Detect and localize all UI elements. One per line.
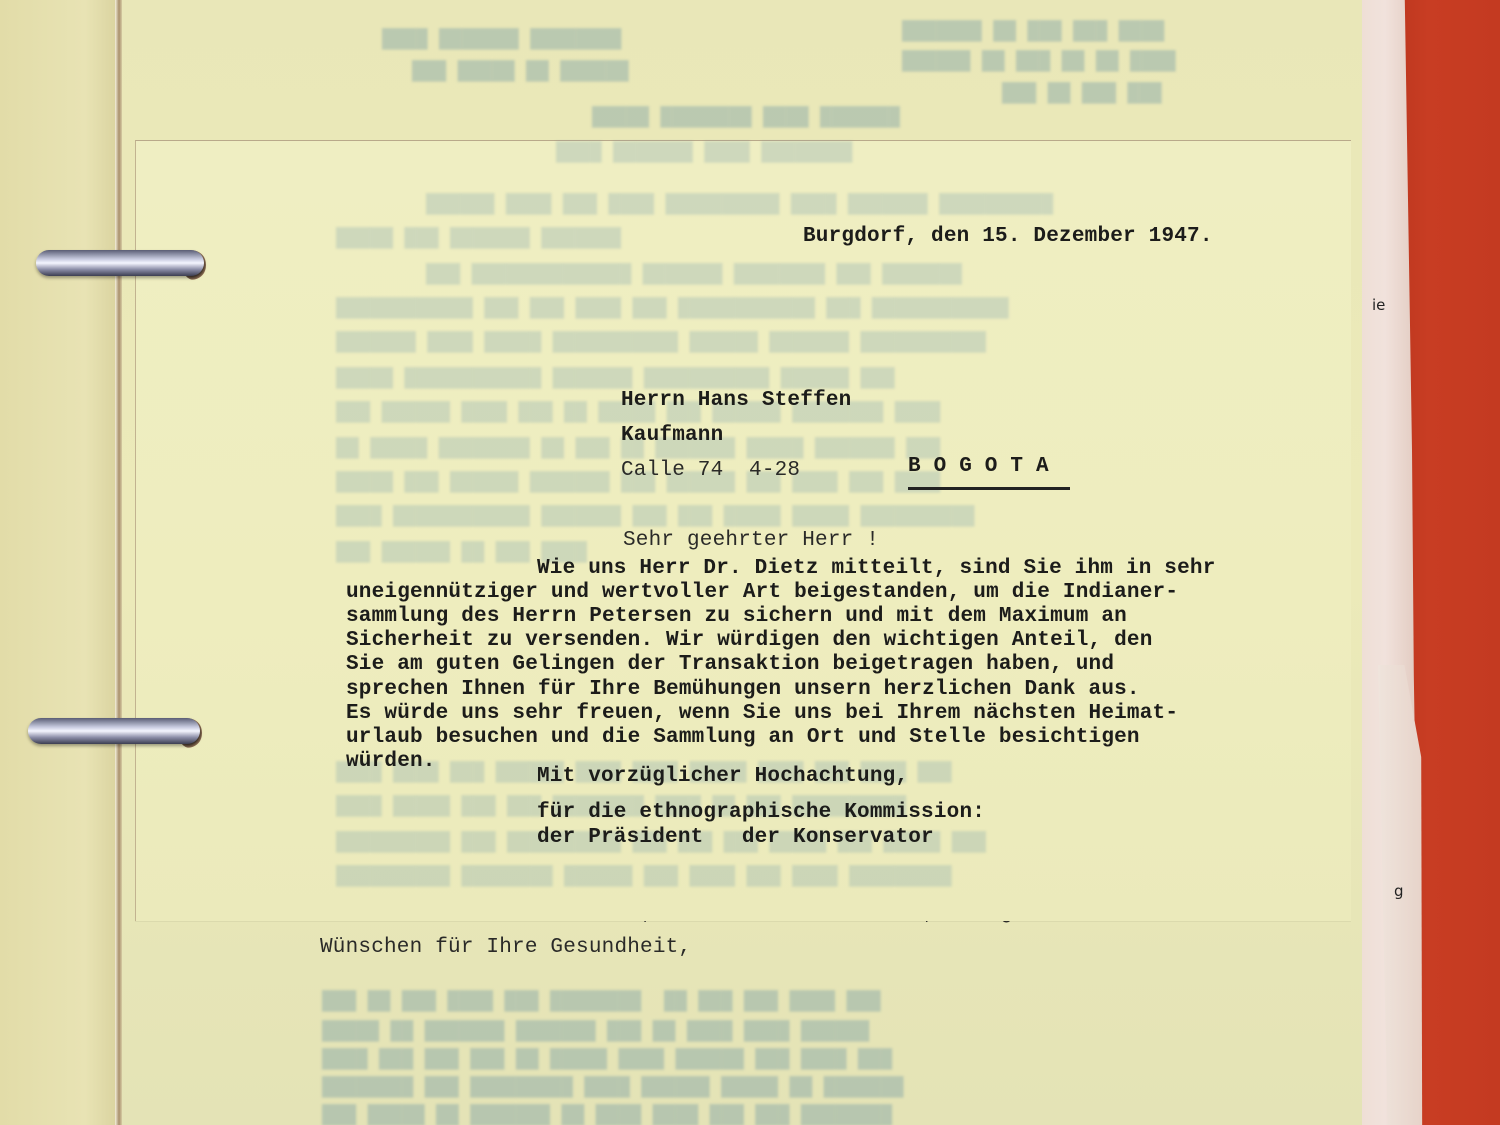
- ghost-text: ██████ ██ ███ ██ ██ ████: [902, 50, 1176, 72]
- body-line: würden.: [346, 750, 436, 773]
- body-line: Wie uns Herr Dr. Dietz mitteilt, sind Si…: [537, 557, 1216, 580]
- ghost-text: ██████████ ████████ ██████ ███ ████ ███ …: [336, 865, 952, 887]
- body-line: sammlung des Herrn Petersen zu sichern u…: [346, 605, 1127, 628]
- body-line: Es würde uns sehr freuen, wenn Sie uns b…: [346, 702, 1178, 725]
- ghost-text: ████ ███████ ████████: [382, 28, 621, 50]
- ghost-text: █████ ██ ███████ ███████ ███ ██ ████ ███…: [322, 1020, 869, 1042]
- left-binder-page: [0, 0, 122, 1125]
- ghost-text: ██████ ████ ███ ████ ██████████ ████ ███…: [426, 193, 1053, 215]
- underlying-closing-line: Wünschen für Ihre Gesundheit,: [320, 936, 691, 959]
- signature-organization: für die ethnographische Kommission:: [537, 801, 985, 824]
- ghost-text: ███ ██ ███ ████ ███ ████████ ██ ███ ███ …: [322, 990, 881, 1012]
- ghost-text: ████████ ███ █████████ ████ ██████ █████…: [322, 1076, 904, 1098]
- ghost-text: ████████████ ███ ███ ████ ███ ██████████…: [336, 297, 1009, 319]
- ghost-text: ███ ██ ███ ███: [1002, 82, 1162, 104]
- ghost-text: ███████ ████ █████ ███████████ ██████ ██…: [336, 331, 986, 353]
- ghost-text: ████ ████████████ ███████ ███ ███ █████ …: [336, 505, 975, 527]
- city-underline: [908, 487, 1070, 490]
- ghost-text: █████ ████████████ ███████ ███████████ █…: [336, 367, 895, 389]
- signatories: der Präsident der Konservator: [537, 826, 934, 849]
- ghost-text: ███ ██████████████ ███████ ████████ ███ …: [426, 263, 962, 285]
- ghost-text: █████ ████████ ████ ███████: [592, 106, 900, 128]
- ghost-text: ████ ███████ ████ ████████: [556, 141, 852, 163]
- body-line: Sie am guten Gelingen der Transaktion be…: [346, 653, 1114, 676]
- salutation: Sehr geehrter Herr !: [623, 529, 879, 552]
- recipient-name: Herrn Hans Steffen: [621, 389, 851, 412]
- binder-ring-top: [36, 250, 204, 276]
- body-line: Sicherheit zu versenden. Wir würdigen de…: [346, 629, 1153, 652]
- body-line: sprechen Ihnen für Ihre Bemühungen unser…: [346, 678, 1140, 701]
- body-line: uneigennütziger und wertvoller Art beige…: [346, 581, 1178, 604]
- place-date: Burgdorf, den 15. Dezember 1947.: [803, 225, 1213, 248]
- binder-ring-bottom: [28, 718, 200, 744]
- ghost-text: █████ ███ ███████ ███████: [336, 227, 621, 249]
- letter-slip: ████ ███████ ████ ████████ ██████ ████ █…: [135, 140, 1351, 921]
- edge-mark: ie: [1372, 296, 1385, 314]
- body-line: urlaub besuchen und die Sammlung an Ort …: [346, 726, 1140, 749]
- edge-mark: g: [1394, 882, 1404, 900]
- ghost-text: ███████ ██ ███ ███ ████: [902, 20, 1164, 42]
- recipient-street: Calle 74 4-28: [621, 459, 800, 482]
- ghost-text: ████ ███ ███ ███ ██ █████ ████ ██████ ██…: [322, 1048, 892, 1070]
- closing: Mit vorzüglicher Hochachtung,: [537, 765, 908, 788]
- recipient-city: B O G O T A: [908, 455, 1049, 478]
- recipient-occupation: Kaufmann: [621, 424, 723, 447]
- ghost-text: ███ █████ ██ ██████: [412, 60, 629, 82]
- ghost-text: ███ █████ ██ ███████ ██ ████ ████ ███ ██…: [322, 1104, 892, 1125]
